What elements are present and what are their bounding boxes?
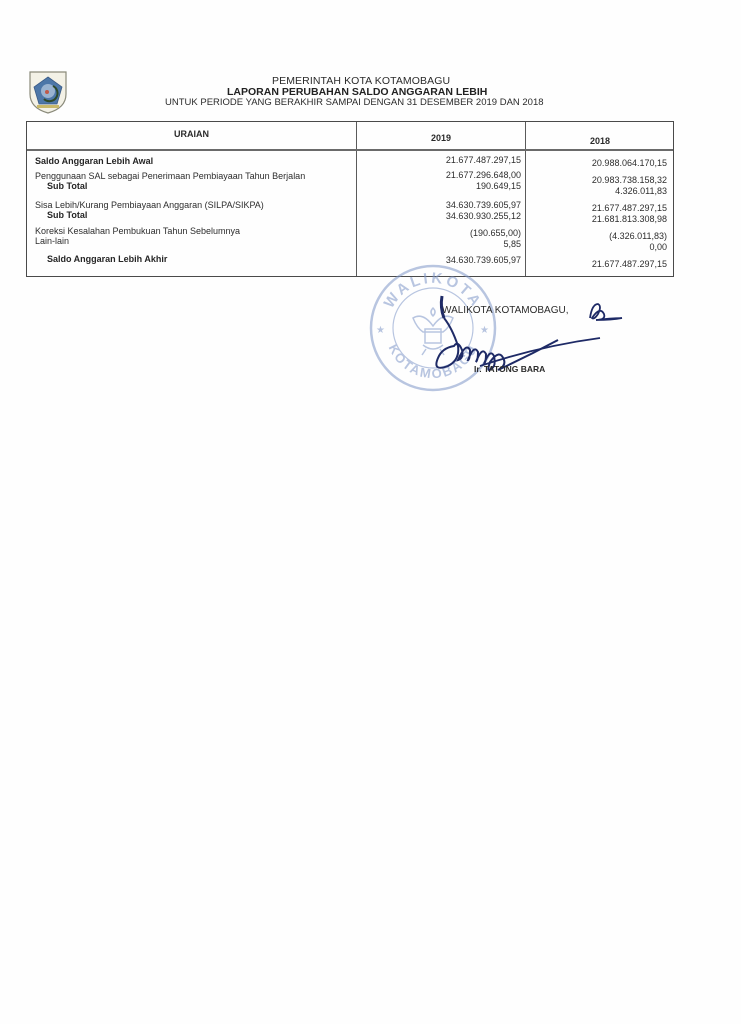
value-2019: 21.677.487.297,15: [446, 155, 521, 165]
value-2018: (4.326.011,83): [609, 231, 667, 241]
row-label: Koreksi Kesalahan Pembukuan Tahun Sebelu…: [35, 226, 240, 236]
value-2018: 20.983.738.158,32: [592, 175, 667, 185]
row-label: Penggunaan SAL sebagai Penerimaan Pembia…: [35, 171, 305, 181]
row-label: Saldo Anggaran Lebih Akhir: [35, 254, 167, 264]
row-label: Sub Total: [35, 181, 87, 191]
value-2019: 190.649,15: [476, 181, 521, 191]
row-label: Lain-lain: [35, 236, 69, 246]
value-2019: 5,85: [503, 239, 521, 249]
initial-paraf-icon: [586, 298, 626, 324]
value-2019: 34.630.739.605,97: [446, 200, 521, 210]
signatory-name: Ir. TATONG BARA: [474, 364, 545, 374]
value-2019: (190.655,00): [470, 228, 521, 238]
value-2019: 21.677.296.648,00: [446, 170, 521, 180]
report-period: UNTUK PERIODE YANG BERAKHIR SAMPAI DENGA…: [165, 97, 544, 108]
value-2018: 4.326.011,83: [615, 186, 667, 196]
header-rule: [27, 149, 673, 151]
column-divider: [356, 122, 357, 276]
row-label: Saldo Anggaran Lebih Awal: [35, 156, 153, 166]
value-2018: 21.677.487.297,15: [592, 203, 667, 213]
column-header-2019: 2019: [357, 133, 525, 143]
document-page: PEMERINTAH KOTA KOTAMOBAGU LAPORAN PERUB…: [0, 0, 741, 1024]
sal-change-table: URAIAN 2019 2018 Saldo Anggaran Lebih Aw…: [26, 121, 674, 277]
value-2018: 21.677.487.297,15: [592, 259, 667, 269]
column-header-2018: 2018: [526, 136, 674, 146]
row-label: Sub Total: [35, 210, 87, 220]
city-emblem-icon: [27, 70, 69, 114]
value-2018: 0,00: [649, 242, 667, 252]
value-2018: 21.681.813.308,98: [592, 214, 667, 224]
column-header-uraian: URAIAN: [27, 129, 356, 139]
svg-text:★: ★: [376, 325, 385, 336]
value-2019: 34.630.930.255,12: [446, 211, 521, 221]
value-2018: 20.988.064.170,15: [592, 158, 667, 168]
row-label: Sisa Lebih/Kurang Pembiayaan Anggaran (S…: [35, 200, 264, 210]
